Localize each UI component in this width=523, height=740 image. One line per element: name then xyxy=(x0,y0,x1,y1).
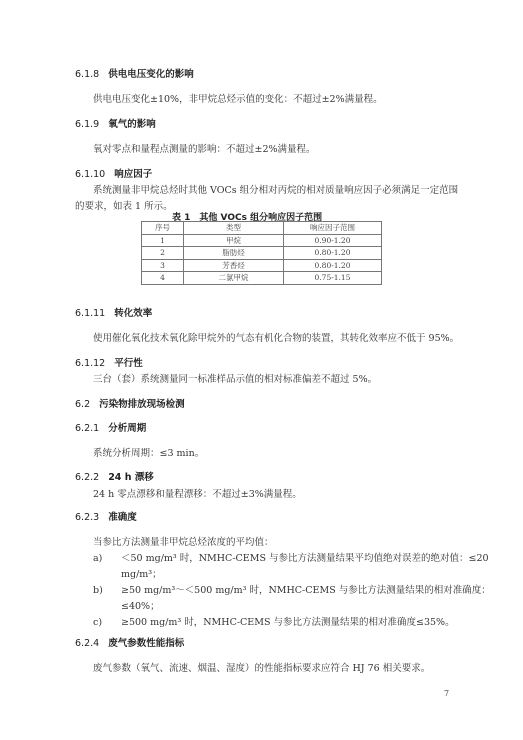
section-title: 24 h 漂移 xyxy=(108,472,154,483)
section-title: 供电电压变化的影响 xyxy=(108,69,194,80)
heading-6-2-1: 6.2.1分析周期 xyxy=(75,420,146,434)
table-cell: 0.80-1.20 xyxy=(284,259,382,272)
section-title: 响应因子 xyxy=(114,169,152,180)
paragraph-6-1-9: 氧对零点和量程点测量的影响：不超过±2%满量程。 xyxy=(93,141,316,155)
list-marker: b) xyxy=(93,585,121,596)
heading-6-1-8: 6.1.8供电电压变化的影响 xyxy=(75,66,194,80)
table-cell: 1 xyxy=(142,234,184,247)
paragraph-6-2-1: 系统分析周期：≤3 min。 xyxy=(93,445,204,459)
section-number: 6.1.12 xyxy=(75,358,105,369)
table-cell: 芳香烃 xyxy=(184,259,284,272)
section-number: 6.2.1 xyxy=(75,423,99,434)
section-title: 转化效率 xyxy=(114,308,152,319)
heading-6-2-3: 6.2.3准确度 xyxy=(75,509,137,523)
paragraph-6-2-2: 24 h 零点漂移和量程漂移：不超过±3%满量程。 xyxy=(93,486,302,500)
heading-6-1-9: 6.1.9氧气的影响 xyxy=(75,116,156,130)
table-cell: 0.75-1.15 xyxy=(284,272,382,285)
list-item-b-cont: ≤40%； xyxy=(121,598,160,612)
section-number: 6.2.3 xyxy=(75,512,99,523)
table-cell: 0.90-1.20 xyxy=(284,234,382,247)
table-row: 1 甲烷 0.90-1.20 xyxy=(142,234,382,247)
heading-6-1-12: 6.1.12平行性 xyxy=(75,355,143,369)
paragraph-6-1-11: 使用催化氧化技术氧化除甲烷外的气态有机化合物的装置，其转化效率应不低于 95%。 xyxy=(93,330,459,344)
paragraph-6-1-10-line2: 的要求，如表 1 所示。 xyxy=(75,198,173,212)
section-title: 分析周期 xyxy=(108,423,146,434)
section-number: 6.1.9 xyxy=(75,119,99,130)
header-cell: 响应因子范围 xyxy=(284,222,382,235)
section-title: 废气参数性能指标 xyxy=(108,638,184,649)
paragraph-6-1-10-line1: 系统测量非甲烷总烃时其他 VOCs 组分相对丙烷的相对质量响应因子必须满足一定范… xyxy=(93,182,458,196)
table-cell: 二氯甲烷 xyxy=(184,272,284,285)
header-cell: 类型 xyxy=(184,222,284,235)
list-marker: c) xyxy=(93,617,121,628)
table-cell: 2 xyxy=(142,247,184,260)
section-number: 6.2 xyxy=(75,399,90,410)
table-cell: 甲烷 xyxy=(184,234,284,247)
table-row: 3 芳香烃 0.80-1.20 xyxy=(142,259,382,272)
section-number: 6.2.4 xyxy=(75,638,99,649)
table-row: 4 二氯甲烷 0.75-1.15 xyxy=(142,272,382,285)
list-marker: a) xyxy=(93,553,121,564)
paragraph-6-2-3-intro: 当参比方法测量非甲烷总烃浓度的平均值： xyxy=(93,534,274,548)
section-title: 氧气的影响 xyxy=(108,119,156,130)
list-item-b: b)≥50 mg/m³～＜500 mg/m³ 时，NMHC-CEMS 与参比方法… xyxy=(93,582,491,596)
section-number: 6.1.11 xyxy=(75,308,105,319)
section-number: 6.1.10 xyxy=(75,169,105,180)
table-header-row: 序号 类型 响应因子范围 xyxy=(142,222,382,235)
table-row: 2 脂肪烃 0.80-1.20 xyxy=(142,247,382,260)
response-factor-table: 序号 类型 响应因子范围 1 甲烷 0.90-1.20 2 脂肪烃 0.80-1… xyxy=(141,221,382,285)
list-item-a-cont: mg/m³； xyxy=(121,566,162,580)
paragraph-6-1-12: 三台（套）系统测量同一标准样品示值的相对标准偏差不超过 5%。 xyxy=(93,371,377,385)
page-number: 7 xyxy=(444,689,449,698)
list-item-a: a)＜50 mg/m³ 时，NMHC-CEMS 与参比方法测量结果平均值绝对误差… xyxy=(93,550,489,564)
heading-6-1-11: 6.1.11转化效率 xyxy=(75,305,152,319)
table-cell: 脂肪烃 xyxy=(184,247,284,260)
list-item-c: c)≥500 mg/m³ 时，NMHC-CEMS 与参比方法测量结果的相对准确度… xyxy=(93,614,455,628)
paragraph-6-1-8: 供电电压变化±10%，非甲烷总烃示值的变化：不超过±2%满量程。 xyxy=(93,91,383,105)
heading-6-1-10: 6.1.10响应因子 xyxy=(75,166,152,180)
section-title: 污染物排放现场检测 xyxy=(99,399,185,410)
section-title: 平行性 xyxy=(114,358,143,369)
table-cell: 0.80-1.20 xyxy=(284,247,382,260)
table-cell: 3 xyxy=(142,259,184,272)
heading-6-2-2: 6.2.224 h 漂移 xyxy=(75,469,154,483)
heading-6-2: 6.2污染物排放现场检测 xyxy=(75,396,185,410)
table-cell: 4 xyxy=(142,272,184,285)
heading-6-2-4: 6.2.4废气参数性能指标 xyxy=(75,635,184,649)
paragraph-6-2-4: 废气参数（氧气、流速、烟温、湿度）的性能指标要求应符合 HJ 76 相关要求。 xyxy=(93,660,430,674)
section-number: 6.1.8 xyxy=(75,69,99,80)
section-title: 准确度 xyxy=(108,512,137,523)
section-number: 6.2.2 xyxy=(75,472,99,483)
header-cell: 序号 xyxy=(142,222,184,235)
